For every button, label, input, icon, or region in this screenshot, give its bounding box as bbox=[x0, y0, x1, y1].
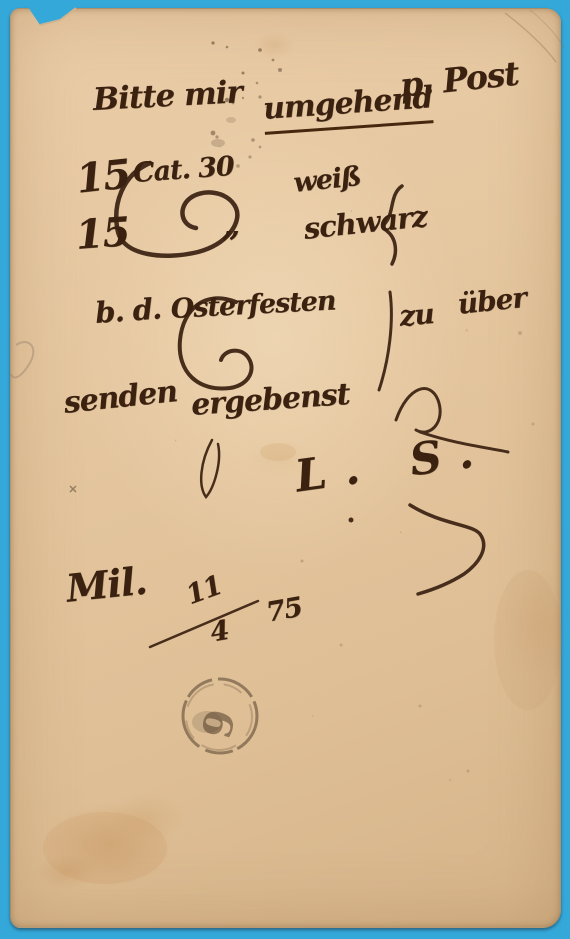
order-row-black-qty: 15 bbox=[74, 208, 131, 259]
scanned-postcard-back: Bitte mir umgehend p. Post 15 Cat. 30 we… bbox=[0, 0, 570, 939]
message-line4-mid: zu bbox=[398, 297, 435, 333]
order-row-white-qty: 15 bbox=[74, 150, 132, 202]
dateline-place: Mil. bbox=[64, 558, 148, 611]
order-row-black-ditto: „ bbox=[222, 206, 239, 244]
dateline-year: 75 bbox=[264, 592, 304, 629]
message-line4-lead: b. d. bbox=[94, 291, 162, 330]
